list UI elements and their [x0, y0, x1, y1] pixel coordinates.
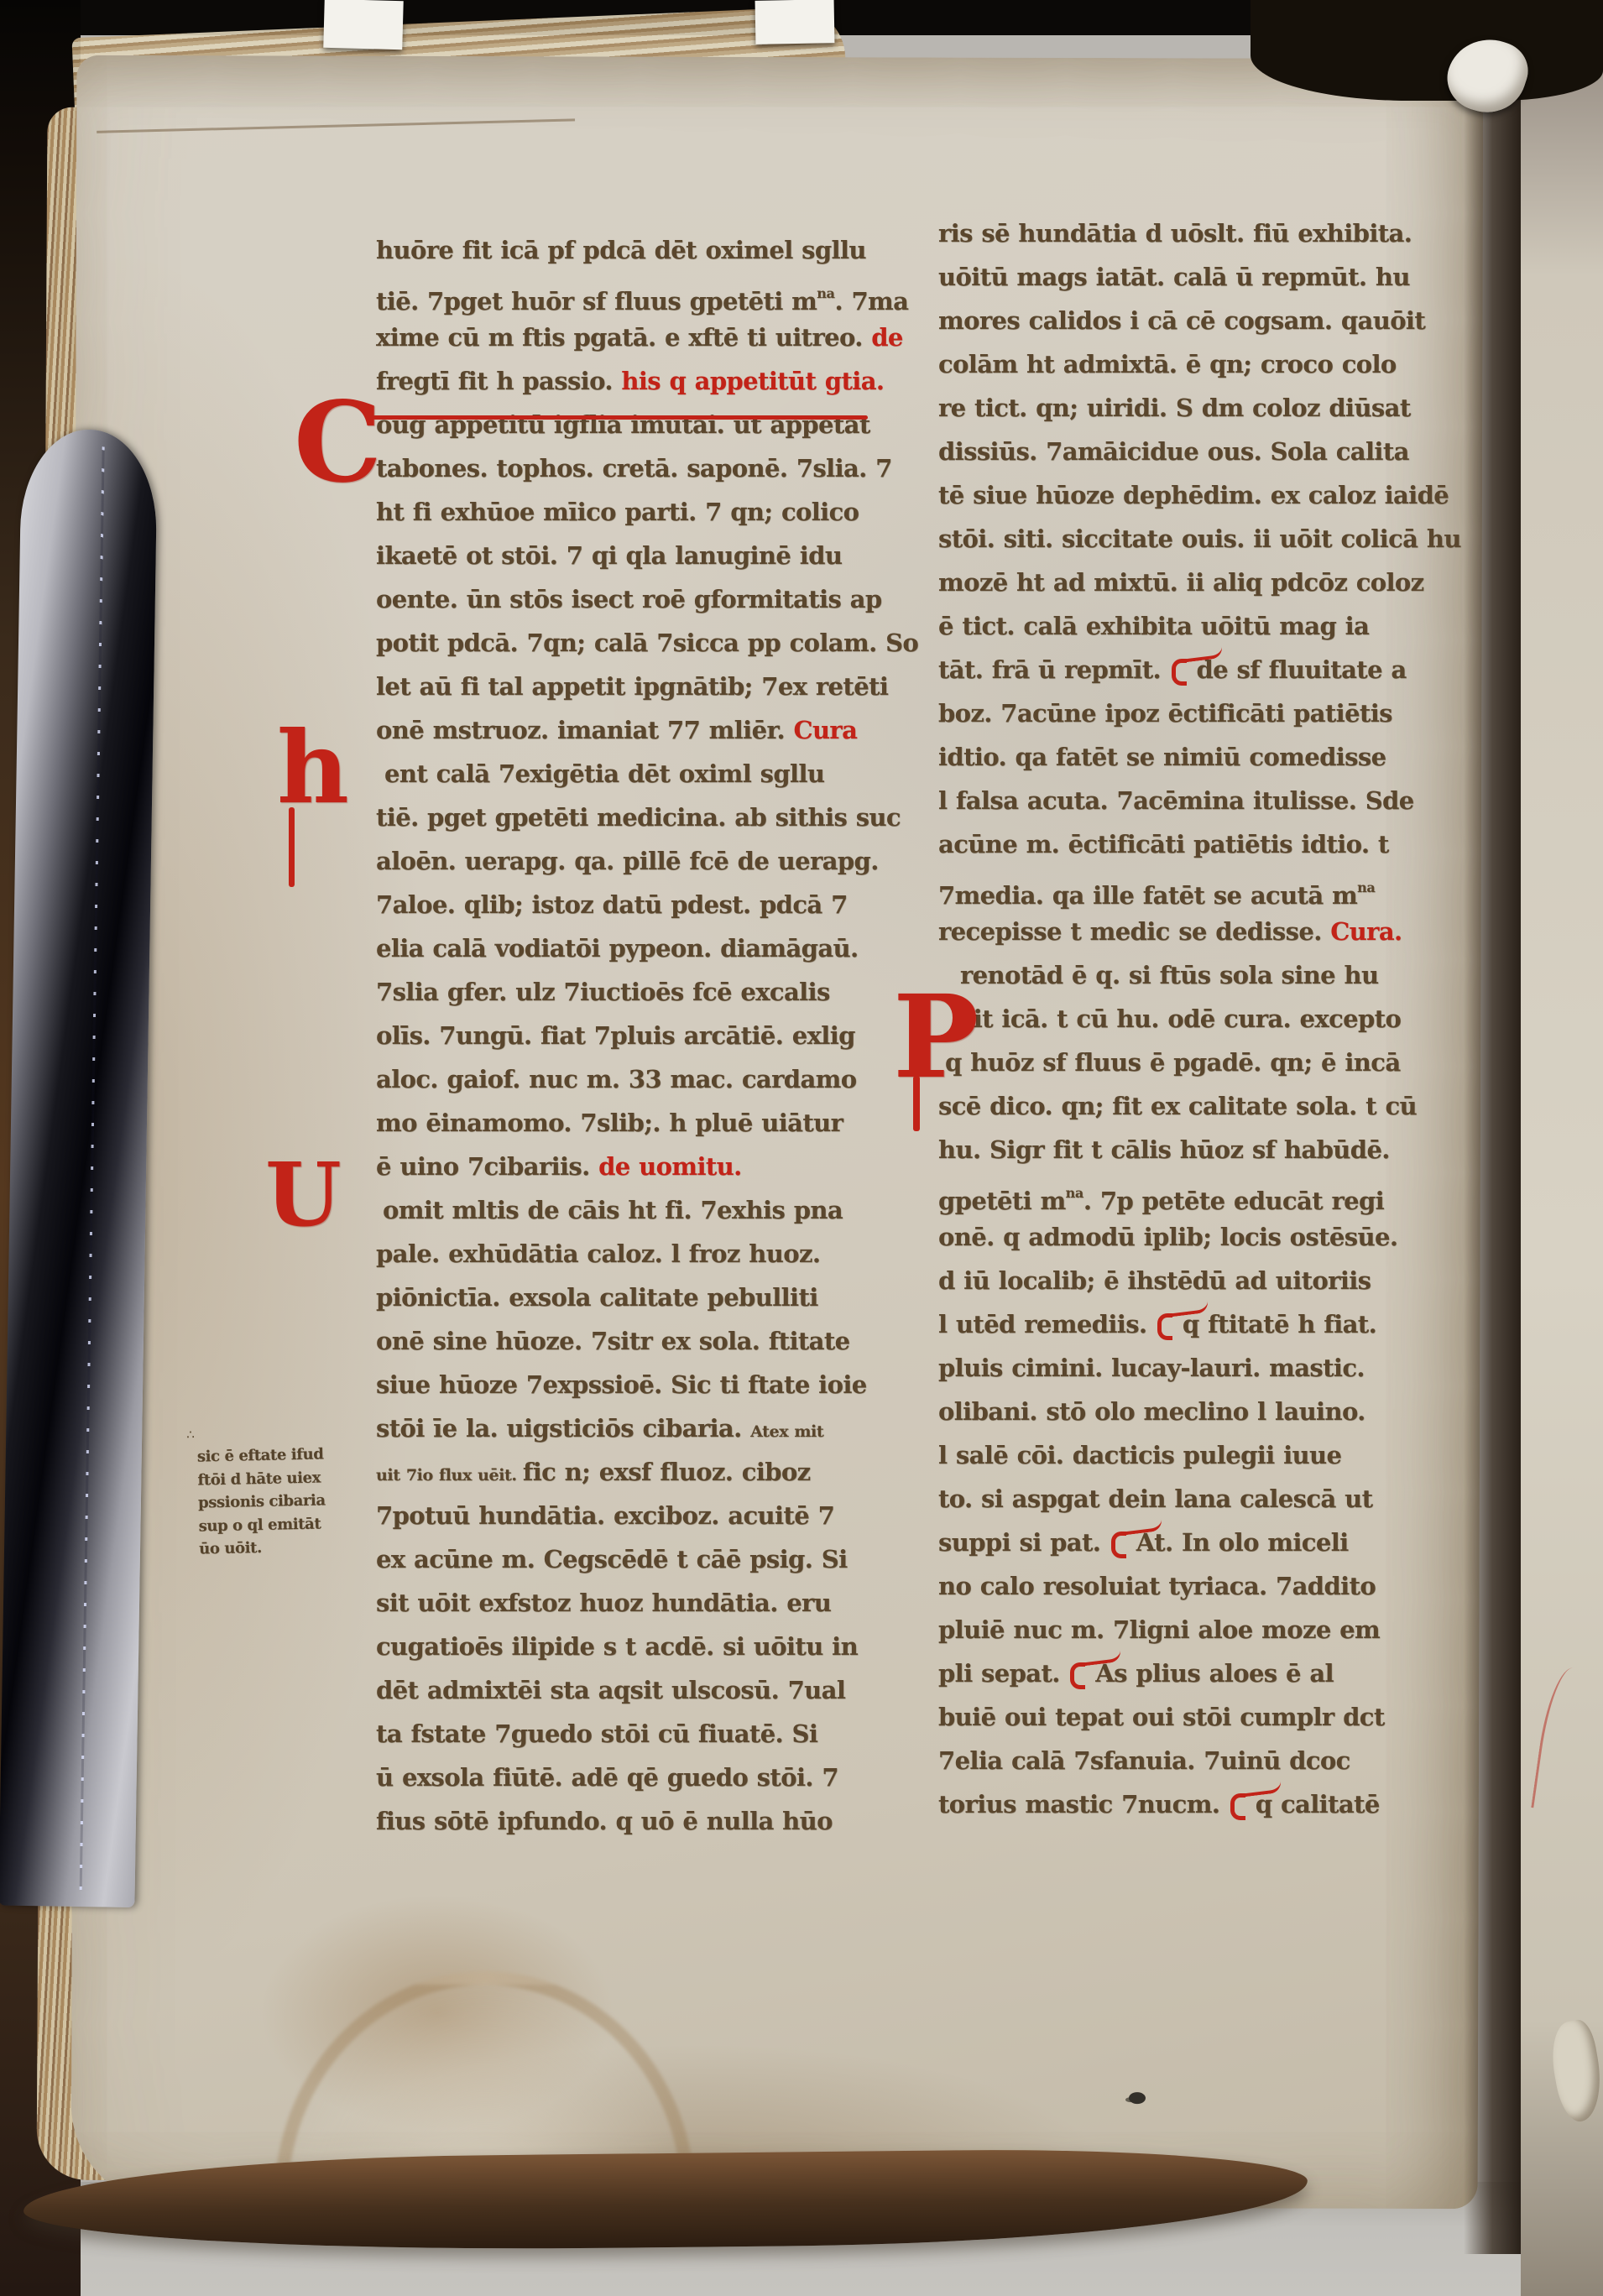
text-line: onē. q admodū iplib; locis ostēsūe. — [938, 1215, 1463, 1259]
body-text: tāt. frā ū repmīt. — [938, 655, 1170, 684]
initial-stem — [289, 807, 295, 887]
body-text: cugatioēs ilipide s t acdē. si uōitu in — [376, 1632, 858, 1661]
body-text: ē uino 7cibariis. — [376, 1152, 598, 1181]
body-text: gpetēti m — [938, 1187, 1066, 1215]
body-text: ikaetē ot stōi. 7 qi qla lanuginē idu — [376, 541, 842, 570]
text-line: ht fi exhūoe mīico parti. 7 qn; colico — [376, 490, 880, 534]
body-text: omit mltis de cāis ht fi. 7exhis pna — [383, 1196, 843, 1224]
body-text: scē dico. qn; fit ex calitate sola. t cū — [938, 1092, 1417, 1120]
metal-clamp — [0, 429, 158, 1907]
body-text: recepisse t medic se dedisse. — [938, 917, 1330, 946]
body-text: acūne m. ēctificāti patiētis idtio. t — [938, 830, 1389, 858]
body-text: pluis cimini. lucay-lauri. mastic. — [938, 1354, 1365, 1382]
body-text: olīs. 7ungū. fiat 7pluis arcātiē. exlig — [376, 1021, 855, 1050]
rubric-text: de — [871, 323, 903, 352]
text-line: suppi si pat. At. In olo miceli — [938, 1521, 1463, 1564]
rubric-text: Cura. — [1330, 917, 1402, 946]
body-text: 7slia gfer. ulz 7iuctioēs fcē excalis — [376, 978, 830, 1006]
text-line: uōitū mags iatāt. calā ū repmūt. hu — [938, 255, 1463, 299]
text-line: torius mastic 7nucm. q calitatē — [938, 1782, 1463, 1826]
bookmark-tab-left — [323, 0, 403, 50]
text-line: oug appetitū igflia imutai. ut appetat — [376, 403, 880, 446]
page-crease — [97, 118, 575, 133]
book-top-corner — [1251, 0, 1603, 101]
body-text: onē mstruoz. imaniat 77 mliēr. — [376, 716, 793, 744]
body-text: aloēn. uerapg. qa. pillē fcē de uerapg. — [376, 847, 879, 875]
text-line: 7elia calā 7sfanuia. 7uinū dcoc — [938, 1739, 1463, 1782]
body-text: ent calā 7exigētia dēt oximl sgllu — [384, 759, 824, 788]
body-text: . 7p petēte educāt regi — [1083, 1187, 1384, 1215]
capitulum-mark — [1111, 1530, 1130, 1555]
text-line: siue hūoze 7expssioē. Sic ti ftate ioie — [376, 1363, 880, 1406]
text-line: tabones. tophos. cretā. saponē. 7slia. 7 — [376, 446, 880, 490]
body-text: l utēd remediis. — [938, 1310, 1156, 1338]
text-line: mozē ht ad mixtū. ii aliq pdcōz coloz — [938, 561, 1463, 604]
body-text: stōi. siti. siccitate ouis. ii uōit coli… — [938, 524, 1461, 553]
text-line: dēt admixtēi sta aqsit ulscosū. 7ual — [376, 1668, 880, 1712]
text-line: gpetēti mna. 7p petēte educāt regi — [938, 1171, 1463, 1215]
body-text: l salē cōi. dacticis pulegii iuue — [938, 1441, 1341, 1469]
capitulum-mark — [1157, 1312, 1176, 1337]
body-text: dissiūs. 7amāicidue ous. Sola calita — [938, 437, 1409, 466]
body-text: hu. Sigr fit t cālis hūoz sf habūdē. — [938, 1135, 1390, 1164]
body-text: fregtī fit h passio. — [376, 367, 621, 395]
body-text: to. si aspgat dein lana calescā ut — [938, 1485, 1372, 1513]
body-text: tabones. tophos. cretā. saponē. 7slia. 7 — [376, 454, 892, 483]
text-line: ent calā 7exigētia dēt oximl sgllu — [376, 752, 880, 796]
body-text: elia calā vodiatōi pypeon. diamāgaū. — [376, 934, 859, 963]
text-line: sit icā. t cū hu. odē cura. excepto — [938, 997, 1463, 1041]
text-line: ē uino 7cibariis. de uomitu. — [376, 1145, 880, 1188]
body-text: suppi si pat. — [938, 1528, 1110, 1557]
decorated-initial-U: U — [265, 1151, 342, 1239]
text-line: ū exsola fiūtē. adē qē guedo stōi. 7 — [376, 1756, 880, 1799]
capitulum-mark — [1172, 657, 1190, 682]
body-text: ex acūne m. Cegscēdē t cāē psig. Si — [376, 1545, 847, 1573]
body-text: piōnictīa. exsola calitate pebulliti — [376, 1283, 818, 1312]
text-line: cugatioēs ilipide s t acdē. si uōitu in — [376, 1625, 880, 1668]
text-line: tāt. frā ū repmīt. de sf fluuitate a — [938, 648, 1463, 691]
text-line: elia calā vodiatōi pypeon. diamāgaū. — [376, 926, 880, 970]
decorated-initial-h: h — [277, 718, 349, 817]
text-line: oente. ūn stōs isect roē gformitatis ap — [376, 577, 880, 621]
text-line: 7potuū hundātia. exciboz. acuitē 7 — [376, 1494, 880, 1537]
body-text: tiē. 7pget huōr sf fluus gpetēti m — [376, 287, 817, 316]
body-text: fius sōtē ipfundo. q uō ē nulla hūo — [376, 1807, 833, 1835]
text-line: boz. 7acūne ipoz ēctificāti patiētis — [938, 691, 1463, 735]
body-text: mores calidos i cā cē cogsam. qauōit — [938, 306, 1425, 335]
text-line: renotād ē q. si ftūs sola sine hu — [938, 953, 1463, 997]
body-text: aloc. gaiof. nuc m. 33 mac. cardamo — [376, 1065, 856, 1093]
body-text: dēt admixtēi sta aqsit ulscosū. 7ual — [376, 1676, 845, 1704]
body-text: siue hūoze 7expssioē. Sic ti ftate ioie — [376, 1370, 867, 1399]
text-line: recepisse t medic se dedisse. Cura. — [938, 910, 1463, 953]
body-text: 7potuū hundātia. exciboz. acuitē 7 — [376, 1501, 834, 1530]
body-text: potit pdcā. 7qn; calā 7sicca pp colam. S… — [376, 629, 918, 657]
body-text: pale. exhūdātia caloz. l froz huoz. — [376, 1239, 820, 1268]
text-line: colām ht admixtā. ē qn; croco colo — [938, 342, 1463, 386]
body-text: 7aloe. qlib; istoz datū pdest. pdcā 7 — [376, 890, 848, 919]
text-line: l falsa acuta. 7acēmina itulisse. Sde — [938, 779, 1463, 822]
decorated-initial-C: C — [294, 388, 382, 498]
text-line: tiē. pget gpetēti medicina. ab sithis su… — [376, 796, 880, 839]
body-text: torius mastic 7nucm. — [938, 1790, 1229, 1819]
text-line: d iū localib; ē ihstēdū ad uitoriis — [938, 1259, 1463, 1302]
text-line: piōnictīa. exsola calitate pebulliti — [376, 1276, 880, 1319]
text-line: aloc. gaiof. nuc m. 33 mac. cardamo — [376, 1057, 880, 1101]
text-line: aloēn. uerapg. qa. pillē fcē de uerapg. — [376, 839, 880, 883]
body-text: tiē. pget gpetēti medicina. ab sithis su… — [376, 803, 901, 832]
body-text: ta fstate 7guedo stōi cū fiuatē. Si — [376, 1719, 817, 1748]
body-text: pli sepat. — [938, 1659, 1068, 1688]
text-line: mores calidos i cā cē cogsam. qauōit — [938, 299, 1463, 342]
text-line: tiē. 7pget huōr sf fluus gpetēti mna. 7m… — [376, 272, 880, 316]
body-text: tē siue hūoze dephēdim. ex caloz iaidē — [938, 481, 1449, 509]
text-line: acūne m. ēctificāti patiētis idtio. t — [938, 822, 1463, 866]
text-line: fregtī fit h passio. his q appetitūt gti… — [376, 359, 880, 403]
text-line: to. si aspgat dein lana calescā ut — [938, 1477, 1463, 1521]
text-line: ex acūne m. Cegscēdē t cāē psig. Si — [376, 1537, 880, 1581]
body-text: renotād ē q. si ftūs sola sine hu — [960, 961, 1378, 989]
text-line: stōi īe la. uigsticiōs cibaria. Atex mit — [376, 1406, 880, 1450]
margin-gloss: ∴sic ē eftate ifudftōi d hāte uiexpssion… — [197, 1442, 401, 1561]
text-line: potit pdcā. 7qn; calā 7sicca pp colam. S… — [376, 621, 880, 665]
text-line: pluis cimini. lucay-lauri. mastic. — [938, 1346, 1463, 1390]
text-line: olīs. 7ungū. fiat 7pluis arcātiē. exlig — [376, 1014, 880, 1057]
text-line: omit mltis de cāis ht fi. 7exhis pna — [376, 1188, 880, 1232]
body-text: q ftitatē h fiat. — [1183, 1310, 1376, 1338]
text-line: hu. Sigr fit t cālis hūoz sf habūdē. — [938, 1128, 1463, 1171]
gloss-line: ūo uōit. — [199, 1533, 401, 1561]
body-text: ū exsola fiūtē. adē qē guedo stōi. 7 — [376, 1763, 838, 1792]
body-text: 7media. qa ille fatēt se acutā m — [938, 881, 1357, 910]
text-line: scē dico. qn; fit ex calitate sola. t cū — [938, 1084, 1463, 1128]
body-text: onē sine hūoze. 7sitr ex sola. ftitate — [376, 1327, 850, 1355]
body-text: colām ht admixtā. ē qn; croco colo — [938, 350, 1397, 378]
body-text: na — [817, 285, 834, 301]
body-text: . 7ma — [834, 287, 908, 316]
text-line: l salē cōi. dacticis pulegii iuue — [938, 1433, 1463, 1477]
body-text: As plius aloes ē al — [1095, 1659, 1334, 1688]
photo-of-manuscript: huōre fit icā pf pdcā dēt oximel sglluti… — [0, 0, 1603, 2296]
body-text: no calo resoluiat tyriaca. 7addito — [938, 1572, 1376, 1600]
text-line: let aū fi tal appetit ipgnātib; 7ex retē… — [376, 665, 880, 708]
text-line: q huōz sf fluus ē pgadē. qn; ē incā — [938, 1041, 1463, 1084]
body-text: re tict. qn; uiridi. S dm coloz diūsat — [938, 394, 1411, 422]
facing-page-edge — [1521, 0, 1603, 2296]
text-line: dissiūs. 7amāicidue ous. Sola calita — [938, 430, 1463, 473]
initial-stem — [913, 1076, 920, 1131]
text-line: mo ēinamomo. 7slib;. h pluē uiātur — [376, 1101, 880, 1145]
body-text: stōi īe la. uigsticiōs cibaria. — [376, 1414, 750, 1443]
initial-tail — [373, 415, 868, 420]
rubric-text: de uomitu. — [598, 1152, 742, 1181]
body-text: ris sē hundātia d uōslt. fiū exhibita. — [938, 219, 1412, 248]
body-text: olibani. stō olo meclino l lauino. — [938, 1397, 1365, 1426]
body-text: na — [1066, 1185, 1083, 1201]
body-text: sit icā. t cū hu. odē cura. excepto — [960, 1004, 1401, 1033]
text-line: 7media. qa ille fatēt se acutā mna — [938, 866, 1463, 910]
text-line: ta fstate 7guedo stōi cū fiuatē. Si — [376, 1712, 880, 1756]
body-text: na — [1357, 879, 1375, 895]
capitulum-mark — [1070, 1661, 1089, 1686]
body-text: sit uōit exfstoz huoz hundātia. eru — [376, 1589, 831, 1617]
body-text: let aū fi tal appetit ipgnātib; 7ex retē… — [376, 672, 888, 701]
body-text: onē. q admodū iplib; locis ostēsūe. — [938, 1223, 1397, 1251]
text-line: onē sine hūoze. 7sitr ex sola. ftitate — [376, 1319, 880, 1363]
text-line: xime cū m ftis pgatā. e xftē ti uitreo. … — [376, 316, 880, 359]
body-text: ē tict. calā exhibita uōitū mag ia — [938, 612, 1369, 640]
text-line: pli sepat. As plius aloes ē al — [938, 1652, 1463, 1695]
body-text: mo ēinamomo. 7slib;. h pluē uiātur — [376, 1109, 843, 1137]
text-line: l utēd remediis. q ftitatē h fiat. — [938, 1302, 1463, 1346]
text-line: 7aloe. qlib; istoz datū pdest. pdcā 7 — [376, 883, 880, 926]
body-text: fic n; exsf fluoz. ciboz — [523, 1458, 811, 1486]
ink-blot — [1129, 2092, 1146, 2104]
bookmark-tab-right — [755, 0, 835, 44]
text-line: pale. exhūdātia caloz. l froz huoz. — [376, 1232, 880, 1276]
body-text: l falsa acuta. 7acēmina itulisse. Sde — [938, 786, 1414, 815]
right-text-column: ris sē hundātia d uōslt. fiū exhibita.uō… — [938, 211, 1463, 1826]
text-line: re tict. qn; uiridi. S dm coloz diūsat — [938, 386, 1463, 430]
gutter-shadow — [1464, 30, 1527, 2254]
text-line: no calo resoluiat tyriaca. 7addito — [938, 1564, 1463, 1608]
body-text: mozē ht ad mixtū. ii aliq pdcōz coloz — [938, 568, 1424, 597]
body-text: de sf fluuitate a — [1197, 655, 1407, 684]
text-line: pluiē nuc m. 7ligni aloe moze em — [938, 1608, 1463, 1652]
body-text: Atex mit — [750, 1422, 823, 1441]
body-text: At. In olo miceli — [1136, 1528, 1349, 1557]
body-text: pluiē nuc m. 7ligni aloe moze em — [938, 1615, 1380, 1644]
renvoi-mark: ∴ — [186, 1427, 195, 1443]
text-line: ē tict. calā exhibita uōitū mag ia — [938, 604, 1463, 648]
text-line: onē mstruoz. imaniat 77 mliēr. Cura — [376, 708, 880, 752]
body-text: xime cū m ftis pgatā. e xftē ti uitreo. — [376, 323, 871, 352]
text-line: ikaetē ot stōi. 7 qi qla lanuginē idu — [376, 534, 880, 577]
body-text: q huōz sf fluus ē pgadē. qn; ē incā — [945, 1048, 1401, 1077]
decorated-initial-P: P — [893, 980, 979, 1094]
body-text: ht fi exhūoe mīico parti. 7 qn; colico — [376, 498, 859, 526]
text-line: tē siue hūoze dephēdim. ex caloz iaidē — [938, 473, 1463, 517]
body-text: uōitū mags iatāt. calā ū repmūt. hu — [938, 263, 1410, 291]
body-text: idtio. qa fatēt se nimiū comedisse — [938, 743, 1386, 771]
text-line: stōi. siti. siccitate ouis. ii uōit coli… — [938, 517, 1463, 561]
body-text: huōre fit icā pf pdcā dēt oximel sgllu — [376, 236, 866, 264]
text-line: 7slia gfer. ulz 7iuctioēs fcē excalis — [376, 970, 880, 1014]
text-line: uit 7io flux uēit. fic n; exsf fluoz. ci… — [376, 1450, 880, 1494]
text-line: idtio. qa fatēt se nimiū comedisse — [938, 735, 1463, 779]
text-line: olibani. stō olo meclino l lauino. — [938, 1390, 1463, 1433]
text-line: buiē oui tepat oui stōi cumplr dct — [938, 1695, 1463, 1739]
capitulum-mark — [1230, 1792, 1249, 1817]
text-line: huōre fit icā pf pdcā dēt oximel sgllu — [376, 228, 880, 272]
body-text: d iū localib; ē ihstēdū ad uitoriis — [938, 1266, 1371, 1295]
left-text-column: huōre fit icā pf pdcā dēt oximel sglluti… — [376, 228, 880, 1843]
rubric-text: his q appetitūt gtia. — [621, 367, 884, 395]
body-text: buiē oui tepat oui stōi cumplr dct — [938, 1703, 1385, 1731]
rubric-text: Cura — [793, 716, 857, 744]
body-text: 7elia calā 7sfanuia. 7uinū dcoc — [938, 1746, 1350, 1775]
body-text: boz. 7acūne ipoz ēctificāti patiētis — [938, 699, 1392, 728]
text-line: sit uōit exfstoz huoz hundātia. eru — [376, 1581, 880, 1625]
text-line: ris sē hundātia d uōslt. fiū exhibita. — [938, 211, 1463, 255]
body-text: q calitatē — [1256, 1790, 1380, 1819]
text-line: fius sōtē ipfundo. q uō ē nulla hūo — [376, 1799, 880, 1843]
body-text: oente. ūn stōs isect roē gformitatis ap — [376, 585, 882, 613]
